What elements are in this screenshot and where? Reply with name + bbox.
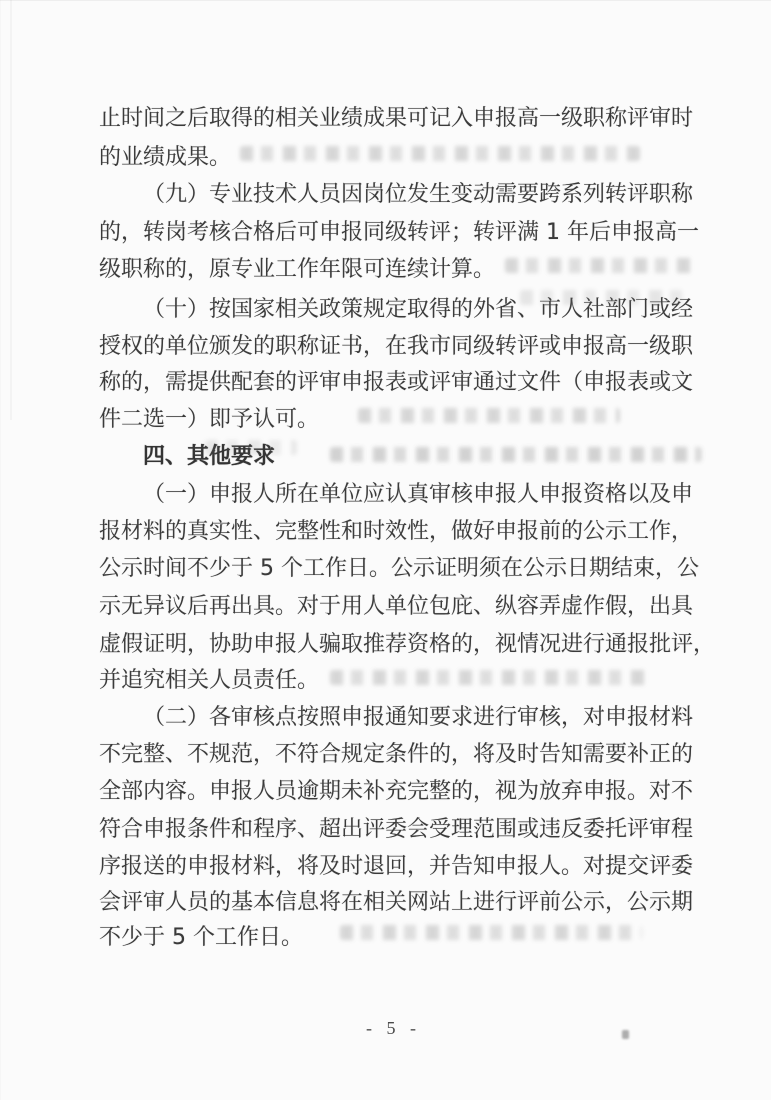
text-line: 不少于 5 个工作日。 bbox=[99, 923, 303, 953]
page-number: - 5 - bbox=[0, 1018, 771, 1039]
document-page: 止时间之后取得的相关业绩成果可记入申报高一级职称评审时 的业绩成果。 （九）专业… bbox=[0, 0, 771, 1100]
scan-seam-artifact bbox=[10, 0, 12, 420]
text-line: 止时间之后取得的相关业绩成果可记入申报高一级职称评审时 bbox=[99, 104, 693, 134]
text-line-paragraph-start: （一）申报人所在单位应认真审核申报人申报资格以及申 bbox=[143, 480, 693, 510]
text-line: 示无异议后再出具。对于用人单位包庇、纵容弄虚作假，出具 bbox=[99, 592, 693, 622]
text-line: 全部内容。申报人员逾期未补充完整的，视为放弃申报。对不 bbox=[99, 777, 693, 807]
text-line: 虚假证明，协助申报人骗取推荐资格的，视情况进行通报批评， bbox=[99, 630, 715, 660]
text-line: 报材料的真实性、完整性和时效性，做好申报前的公示工作， bbox=[99, 517, 693, 547]
bleed-through-artifact bbox=[205, 440, 297, 455]
text-line: 不完整、不规范，不符合规定条件的，将及时告知需要补正的 bbox=[99, 740, 693, 770]
text-line-paragraph-start: （二）各审核点按照申报通知要求进行审核，对申报材料 bbox=[143, 703, 693, 733]
bleed-through-artifact bbox=[330, 447, 702, 462]
text-line: 会评审人员的基本信息将在相关网站上进行评前公示，公示期 bbox=[99, 888, 693, 918]
text-line: 的，转岗考核合格后可申报同级转评；转评满 1 年后申报高一 bbox=[99, 218, 699, 248]
text-line: 公示时间不少于 5 个工作日。公示证明须在公示日期结束，公 bbox=[99, 554, 699, 584]
bleed-through-artifact bbox=[358, 408, 620, 423]
text-line: 序报送的申报材料，将及时退回，并告知申报人。对提交评委 bbox=[99, 852, 693, 882]
text-line: 符合申报条件和程序、超出评委会受理范围或违反委托评审程 bbox=[99, 815, 693, 845]
bleed-through-artifact bbox=[505, 258, 697, 273]
bleed-through-artifact bbox=[240, 146, 640, 161]
text-line: 的业绩成果。 bbox=[99, 143, 231, 173]
text-line: 级职称的，原专业工作年限可连续计算。 bbox=[99, 255, 495, 285]
text-line-paragraph-start: （九）专业技术人员因岗位发生变动需要跨系列转评职称 bbox=[143, 180, 693, 210]
text-line: 称的，需提供配套的评审申报表或评审通过文件（申报表或文 bbox=[99, 368, 693, 398]
bleed-through-artifact bbox=[330, 670, 652, 685]
text-line: 件二选一）即予认可。 bbox=[99, 405, 319, 435]
bleed-through-artifact bbox=[340, 925, 642, 940]
bleed-through-artifact bbox=[520, 290, 688, 305]
text-line: 并追究相关人员责任。 bbox=[99, 666, 319, 696]
text-line: 授权的单位颁发的职称证书，在我市同级转评或申报高一级职 bbox=[99, 332, 693, 362]
